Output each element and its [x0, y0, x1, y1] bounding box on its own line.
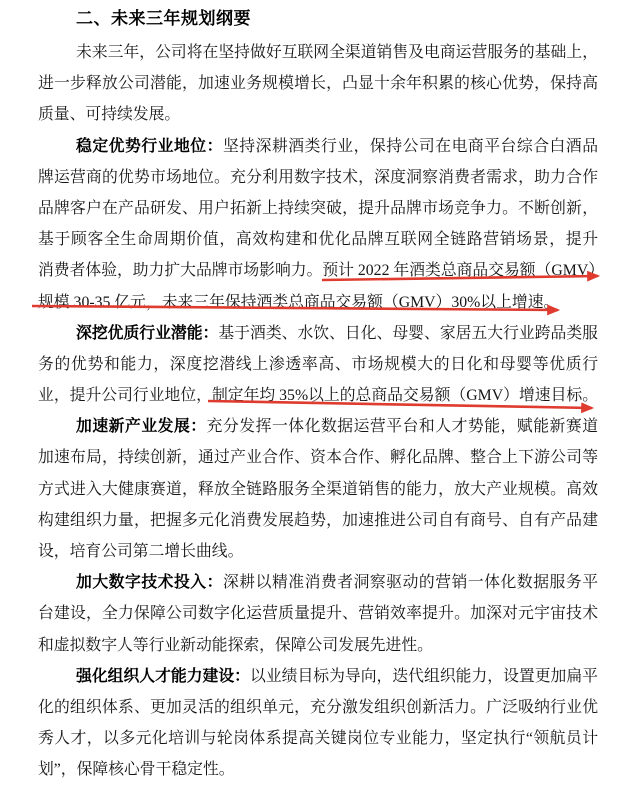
- paragraph-text: 基于顾客全生命周期价值，高效构建和优化品牌互联网全链路营销场景，提升: [38, 231, 598, 248]
- paragraph-text: 化的组织体系、更加灵活的组织单元，充分激发组织创新活力。广泛吸纳行业优: [38, 699, 598, 716]
- paragraph-text: 设，培育公司第二增长曲线。: [38, 543, 243, 560]
- text-line: 稳定优势行业地位：坚持深耕酒类行业，保持公司在电商平台综合白酒品: [38, 131, 598, 162]
- paragraph-text: 进一步释放公司潜能，加速业务规模增长，凸显十余年积累的核心优势，保持高: [38, 75, 598, 92]
- section-heading: 二、未来三年规划纲要: [76, 7, 251, 31]
- text-line: 加速布局，持续创新，通过产业合作、资本合作、孵化品牌、整合上下游公司等: [38, 442, 598, 473]
- text-line: 划”，保障核心骨干稳定性。: [38, 754, 598, 785]
- paragraph-text: 充分发挥一体化数据运营平台和人才势能，赋能新赛道: [207, 418, 598, 435]
- paragraph-lead: 加速新产业发展：: [76, 418, 207, 435]
- paragraph-lead: 加大数字技术投入：: [76, 574, 223, 591]
- paragraph-text: 务的优势和能力，深度挖潜线上渗透率高、市场规模大的日化和母婴等优质行: [38, 356, 598, 373]
- paragraph-text: 方式进入大健康赛道，释放全链路服务全渠道销售的能力，放大产业规模。高效: [38, 481, 598, 498]
- paragraph-intro: 未来三年，公司将在坚持做好互联网全渠道销售及电商运营服务的基础上，进一步释放公司…: [38, 37, 598, 131]
- text-line: 台建设，全力保障公司数字化运营质量提升、营销效率提升。加深对元宇宙技术: [38, 598, 598, 629]
- text-line: 基于顾客全生命周期价值，高效构建和优化品牌互联网全链路营销场景，提升: [38, 224, 598, 255]
- text-line: 方式进入大健康赛道，释放全链路服务全渠道销售的能力，放大产业规模。高效: [38, 474, 598, 505]
- text-line: 进一步释放公司潜能，加速业务规模增长，凸显十余年积累的核心优势，保持高: [38, 68, 598, 99]
- text-line: 质量、可持续发展。: [38, 99, 598, 130]
- text-line: 强化组织人才能力建设：以业绩目标为导向，迭代组织能力，设置更加扁平: [38, 661, 598, 692]
- text-line: 构建组织力量，把握多元化消费发展趋势，加速推进公司自有商号、自有产品建: [38, 505, 598, 536]
- document-body: 未来三年，公司将在坚持做好互联网全渠道销售及电商运营服务的基础上，进一步释放公司…: [38, 37, 598, 785]
- paragraph-lead: 强化组织人才能力建设：: [76, 668, 250, 685]
- paragraph-text: 基于酒类、水饮、日化、母婴、家居五大行业跨品类服: [218, 325, 598, 342]
- text-line: 设，培育公司第二增长曲线。: [38, 536, 598, 567]
- text-line: 秀人才，以多元化培训与轮岗体系提高关键岗位专业能力，坚定执行“领航员计: [38, 723, 598, 754]
- paragraph-tap-quality-industries: 深挖优质行业潜能：基于酒类、水饮、日化、母婴、家居五大行业跨品类服务的优势和能力…: [38, 318, 598, 412]
- paragraph-increase-digital-investment: 加大数字技术投入：深耕以精准消费者洞察驱动的营销一体化数据服务平台建设，全力保障…: [38, 567, 598, 661]
- paragraph-text: 台建设，全力保障公司数字化运营质量提升、营销效率提升。加深对元宇宙技术: [38, 605, 598, 622]
- paragraph-text: 划”，保障核心骨干稳定性。: [38, 761, 235, 778]
- text-line: 消费者体验，助力扩大品牌市场影响力。预计 2022 年酒类总商品交易额（GMV）: [38, 255, 598, 286]
- text-line: 加速新产业发展：充分发挥一体化数据运营平台和人才势能，赋能新赛道: [38, 411, 598, 442]
- paragraph-text: 规模 30-35 亿元，未来三年保持酒类总商品交易额（GMV）30%以上增速。: [38, 294, 559, 311]
- paragraph-lead: 稳定优势行业地位：: [76, 138, 223, 155]
- paragraph-text: 牌运营商的优势市场地位。充分利用数字技术，深度洞察消费者需求，助力合作: [38, 169, 598, 186]
- paragraph-lead: 深挖优质行业潜能：: [76, 325, 218, 342]
- text-line: 深挖优质行业潜能：基于酒类、水饮、日化、母婴、家居五大行业跨品类服: [38, 318, 598, 349]
- paragraph-text: 构建组织力量，把握多元化消费发展趋势，加速推进公司自有商号、自有产品建: [38, 512, 598, 529]
- text-line: 未来三年，公司将在坚持做好互联网全渠道销售及电商运营服务的基础上，: [38, 37, 598, 68]
- paragraph-text: 以业绩目标为导向，迭代组织能力，设置更加扁平: [250, 668, 598, 685]
- text-line: 加大数字技术投入：深耕以精准消费者洞察驱动的营销一体化数据服务平: [38, 567, 598, 598]
- paragraph-text: 业，提升公司行业地位，制定年均 35%以上的总商品交易额（GMV）增速目标。: [38, 387, 598, 404]
- document-page: 二、未来三年规划纲要 未来三年，公司将在坚持做好互联网全渠道销售及电商运营服务的…: [0, 0, 634, 785]
- text-line: 业，提升公司行业地位，制定年均 35%以上的总商品交易额（GMV）增速目标。: [38, 380, 598, 411]
- paragraph-text: 和虚拟数字人等行业新动能探索，保障公司发展先进性。: [38, 637, 433, 654]
- paragraph-text: 消费者体验，助力扩大品牌市场影响力。预计 2022 年酒类总商品交易额（GMV）: [38, 262, 598, 279]
- paragraph-text: 秀人才，以多元化培训与轮岗体系提高关键岗位专业能力，坚定执行“领航员计: [38, 730, 598, 747]
- paragraph-strengthen-org-talent: 强化组织人才能力建设：以业绩目标为导向，迭代组织能力，设置更加扁平化的组织体系、…: [38, 661, 598, 785]
- text-line: 品牌客户在产品研发、用户拓新上持续突破，提升品牌市场竞争力。不断创新，: [38, 193, 598, 224]
- paragraph-text: 深耕以精准消费者洞察驱动的营销一体化数据服务平: [223, 574, 598, 591]
- paragraph-text: 加速布局，持续创新，通过产业合作、资本合作、孵化品牌、整合上下游公司等: [38, 449, 598, 466]
- text-line: 和虚拟数字人等行业新动能探索，保障公司发展先进性。: [38, 630, 598, 661]
- paragraph-text: 未来三年，公司将在坚持做好互联网全渠道销售及电商运营服务的基础上，: [76, 44, 598, 61]
- paragraph-text: 质量、可持续发展。: [38, 106, 180, 123]
- paragraph-stabilize-industry-position: 稳定优势行业地位：坚持深耕酒类行业，保持公司在电商平台综合白酒品牌运营商的优势市…: [38, 131, 598, 318]
- text-line: 务的优势和能力，深度挖潜线上渗透率高、市场规模大的日化和母婴等优质行: [38, 349, 598, 380]
- paragraph-text: 坚持深耕酒类行业，保持公司在电商平台综合白酒品: [223, 138, 598, 155]
- text-line: 规模 30-35 亿元，未来三年保持酒类总商品交易额（GMV）30%以上增速。: [38, 287, 598, 318]
- text-line: 化的组织体系、更加灵活的组织单元，充分激发组织创新活力。广泛吸纳行业优: [38, 692, 598, 723]
- text-line: 牌运营商的优势市场地位。充分利用数字技术，深度洞察消费者需求，助力合作: [38, 162, 598, 193]
- paragraph-text: 品牌客户在产品研发、用户拓新上持续突破，提升品牌市场竞争力。不断创新，: [38, 200, 598, 217]
- paragraph-accelerate-new-industries: 加速新产业发展：充分发挥一体化数据运营平台和人才势能，赋能新赛道加速布局，持续创…: [38, 411, 598, 567]
